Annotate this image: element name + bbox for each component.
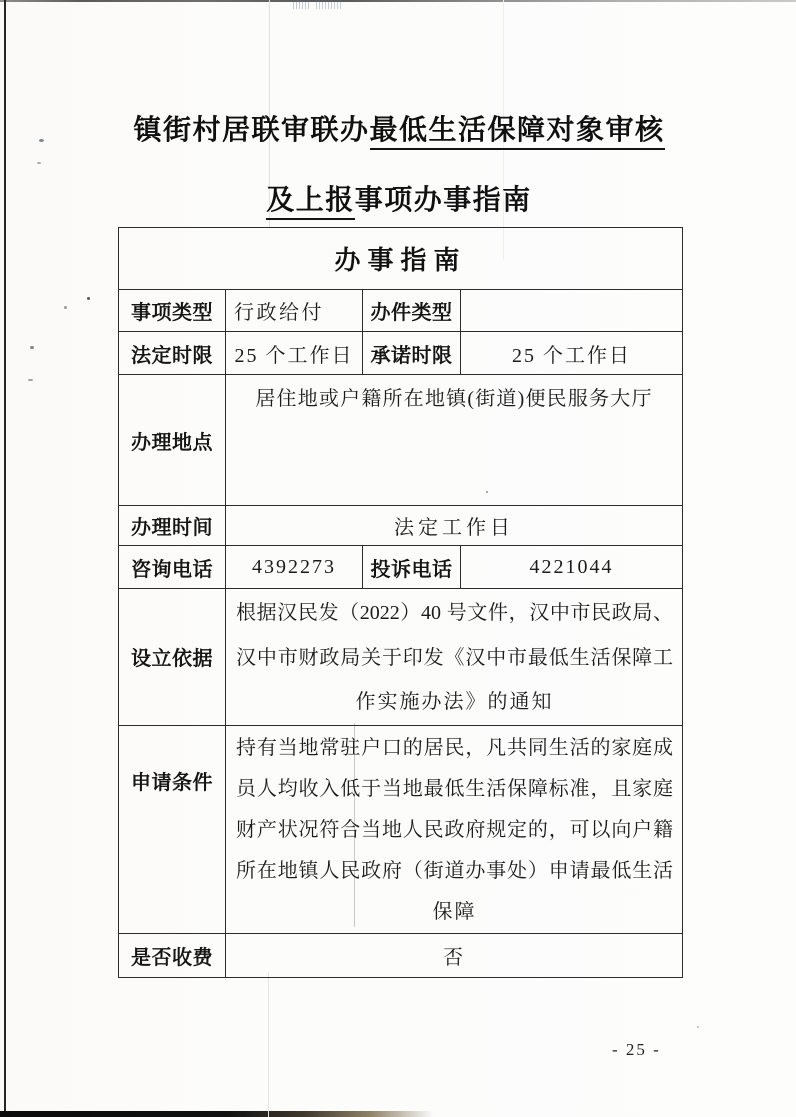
legal-basis-line: 根据汉民发（2022）40 号文件，汉中市民政局、 [236, 591, 673, 636]
title-line-1: 镇街村居联审联办最低生活保障对象审核 [116, 96, 682, 166]
application-conditions-line: 财产状况符合当地人民政府规定的，可以向户籍 [236, 810, 673, 851]
scan-speck [28, 379, 33, 381]
scan-edge-top [0, 0, 796, 2]
label-inquiry-phone: 咨询电话 [119, 546, 226, 589]
label-complaint-phone: 投诉电话 [363, 546, 461, 589]
scan-speck [697, 1026, 699, 1028]
label-promised-limit: 承诺时限 [363, 332, 461, 375]
scan-edge-bottom [0, 1111, 434, 1117]
title-line1-underlined: 最低生活保障对象审核 [370, 115, 665, 150]
label-handling-type: 办件类型 [363, 290, 461, 332]
value-statutory-limit: 25 个工作日 [226, 332, 363, 375]
row-hours: 办理时间 法定工作日 [119, 506, 683, 546]
value-application-conditions: 持有当地常驻户口的居民，凡共同生活的家庭成 员人均收入低于当地最低生活保障标准，… [226, 725, 683, 933]
row-legal-basis: 设立依据 根据汉民发（2022）40 号文件，汉中市民政局、 汉中市财政局关于印… [119, 589, 683, 726]
row-fee: 是否收费 否 [119, 933, 683, 977]
document-title: 镇街村居联审联办最低生活保障对象审核 及上报事项办事指南 [116, 96, 682, 236]
value-fee: 否 [226, 933, 683, 977]
scan-speck [37, 162, 41, 164]
scan-edge-left [4, 0, 6, 1117]
title-line2-plain: 事项办事指南 [355, 185, 532, 216]
scan-speck [30, 346, 34, 349]
legal-basis-line: 汉中市财政局关于印发《汉中市最低生活保障工 [236, 636, 673, 681]
label-statutory-limit: 法定时限 [119, 332, 226, 375]
row-location: 办理地点 居住地或户籍所在地镇(街道)便民服务大厅 [119, 375, 683, 506]
label-location: 办理地点 [119, 375, 226, 506]
application-conditions-line: 持有当地常驻户口的居民，凡共同生活的家庭成 [236, 728, 673, 769]
value-complaint-phone: 4221044 [461, 546, 683, 589]
row-phones: 咨询电话 4392273 投诉电话 4221044 [119, 546, 683, 589]
value-legal-basis: 根据汉民发（2022）40 号文件，汉中市民政局、 汉中市财政局关于印发《汉中市… [226, 589, 683, 726]
label-item-type: 事项类型 [119, 290, 226, 332]
scan-speck [87, 297, 90, 300]
title-line-2: 及上报事项办事指南 [116, 166, 682, 236]
scan-speck [64, 306, 67, 309]
value-item-type: 行政给付 [226, 290, 363, 332]
scan-speck [39, 139, 44, 142]
row-time-limits: 法定时限 25 个工作日 承诺时限 25 个工作日 [119, 332, 683, 375]
application-conditions-line: 所在地镇人民政府（街道办事处）申请最低生活 [236, 851, 673, 892]
label-fee: 是否收费 [119, 933, 226, 977]
page-number: - 25 - [612, 1040, 661, 1060]
scan-smudge [293, 1, 309, 9]
title-line1-plain: 镇街村居联审联办 [133, 115, 369, 146]
service-guide-table: 办事指南 事项类型 行政给付 办件类型 法定时限 25 个工作日 承诺时限 25… [118, 227, 683, 978]
value-location: 居住地或户籍所在地镇(街道)便民服务大厅 [226, 375, 683, 506]
value-promised-limit: 25 个工作日 [461, 332, 683, 375]
table-header-row: 办事指南 [119, 228, 683, 290]
row-item-type: 事项类型 行政给付 办件类型 [119, 290, 683, 332]
value-inquiry-phone: 4392273 [226, 546, 363, 589]
value-handling-type [461, 290, 683, 332]
row-application-conditions: 申请条件 持有当地常驻户口的居民，凡共同生活的家庭成 员人均收入低于当地最低生活… [119, 725, 683, 933]
label-application-conditions: 申请条件 [119, 725, 226, 933]
label-legal-basis: 设立依据 [119, 589, 226, 726]
table-title: 办事指南 [119, 228, 683, 290]
application-conditions-line: 保障 [236, 892, 673, 933]
label-hours: 办理时间 [119, 506, 226, 546]
scan-fold-line-bottom [268, 972, 269, 1117]
value-hours: 法定工作日 [226, 506, 683, 546]
scan-smudge [316, 0, 342, 9]
application-conditions-line: 员人均收入低于当地最低生活保障标准，且家庭 [236, 769, 673, 810]
scanned-document-page: 镇街村居联审联办最低生活保障对象审核 及上报事项办事指南 办事指南 事项类型 行… [0, 0, 796, 1117]
legal-basis-line: 作实施办法》的通知 [236, 680, 673, 725]
title-line2-underlined: 及上报 [266, 185, 355, 220]
